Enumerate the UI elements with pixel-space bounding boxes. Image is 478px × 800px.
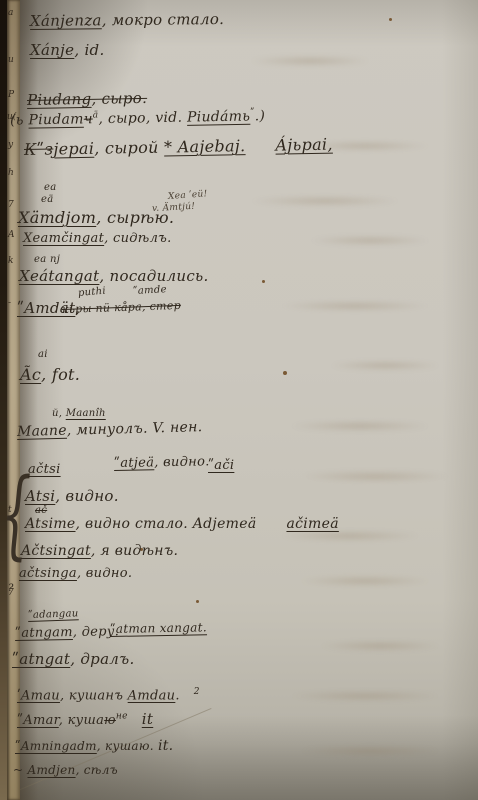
entry-line: ʺAmningadm, кушаю. it. [15,738,173,754]
manuscript-photo: a u P u( y h 7 A k - t 7 Xánjenza, мокро… [0,0,478,800]
gloss: , кушанъ [60,688,128,703]
superscript-correction: й, Maanîh [52,408,106,419]
headword: ʺatngam [15,625,73,641]
headword-variant: ʺatjeä [114,455,154,471]
struck-letter: ч [84,111,93,127]
bracket-prefix: (ь [10,112,29,128]
headword-variant: ʺatman xangat. [110,620,207,636]
entry-line: Кʺзjepai, сырой * Aajebaj.Ájьpai, [24,135,333,159]
gloss: , минуолъ. V. нен. [67,419,203,439]
superscript-correction: puthi [78,286,107,299]
headword-variant: Amdau [128,688,176,703]
foxing-speck [283,371,287,375]
entry-line: Piudang, сыро. [27,89,147,109]
entry-line: Xánje, id. [30,41,105,59]
foxing-speck [196,600,199,603]
headword-variant: ʺadangau [28,608,79,621]
gutter-fragment: u [8,55,14,65]
headword-variant: Maanîh [66,408,106,419]
superscript-correction: eä [41,194,53,205]
struck-prefix: Кʺз [24,139,54,159]
struck-gloss: кьры пü кåра, стер [62,299,181,316]
marginal-number: 2 [194,687,200,697]
gutter-fragment: a [8,8,13,18]
headword: ʺAmningadm [15,739,97,753]
gutter-fragment: P [8,90,14,100]
headword-variant: Ájьpai, [275,135,333,155]
headword-variant: ʺači [208,458,234,473]
marginal-question-mark: ? [8,583,14,594]
ink-bleedthrough [290,690,440,702]
entry-line: Ãc, fot. [20,365,80,384]
gloss: , куша [59,713,104,728]
headword: ʹAmau [17,688,60,703]
headword: Xánje [30,41,74,59]
gloss: , сидѣлъ. [104,231,171,246]
headword: Xeátangat [19,267,99,285]
foxing-speck [389,18,392,21]
interline-correction: ʺači [208,458,234,473]
gloss: , кушаю. [97,739,158,753]
marginal-note: Xea ʹeü! [168,189,208,202]
superscript-correction: ʺamde [133,284,167,297]
headword: jepai [53,139,94,159]
headword-variant: Piudámь [187,108,251,125]
struck-superscript: ač [35,505,47,516]
book-gutter [0,0,7,800]
gloss: , дралъ. [70,650,134,668]
entry-line: ʺatngat, дралъ. [12,650,135,668]
headword: Ãc [20,365,41,384]
ditto-mark: it. [158,738,173,754]
ink-bleedthrough [290,420,430,432]
ink-bleedthrough [300,745,440,757]
entry-line: ačtsinga, видно. [19,566,132,581]
gloss: , мокро стало. [102,10,225,29]
superscript-correction: не [116,712,128,722]
entry-line: Atsime, видно стало. Adjemeäačimeä [25,516,339,532]
gutter-fragment: y [8,140,13,150]
interline-correction: ʺatman xangat. [110,620,207,636]
entry-line: Atsi, видно. [25,487,119,505]
cross-reference: * Aajebaj. [164,136,246,156]
superscript-letter: й, [52,408,62,419]
marginal-note: v. Ämtjú! [152,202,196,214]
entry-line: Maane, минуолъ. V. нен. [17,419,203,440]
entry-line: ~ Amdjen, сѣлъ [13,763,118,777]
superscript-correction: ea nj [34,254,60,265]
interline-correction: ʺatjeä, видно. [114,454,210,471]
headword: Xeamčingat [23,231,104,246]
gutter-fragment: h [8,168,14,178]
headword: Maane [17,423,67,440]
punctuation: . [175,688,179,703]
entry-line: Xämdjom, сырѣю. [18,208,174,227]
headword: Amdjen [27,763,75,777]
gloss: , видно. [154,454,210,470]
headword: ʺAmar [17,713,59,728]
entry-line: Ačtsingat, я видѣнъ. [21,543,178,559]
tilde-prefix: ~ [13,763,27,777]
entry-line: ʺAmar, кушаюнеit [17,710,153,728]
headword: ačtsinga [19,566,77,581]
headword: ʺatngat [12,650,70,668]
gloss: , сыро, vid. [98,110,187,128]
gloss: , сѣлъ [76,763,118,777]
entry-line: (ь Piudamчä, сыро, vid. Piudámьʺ.) [10,108,265,129]
gutter-fragment: 7 [8,200,14,210]
ink-bleedthrough [300,470,450,483]
gloss: , сырой [94,138,164,158]
gloss: , видно стало. Adjemeä [76,516,257,532]
entry-line: Xánjenza, мокро стало. [30,10,224,30]
headword: Xánjenza [30,11,102,30]
bracket-suffix: .) [255,108,266,124]
entry-line: ʹAmau, кушанъ Amdau.2 [17,687,200,703]
ink-bleedthrough [310,235,430,246]
headword: Atsi [25,487,55,505]
entry-line: ʺatngam, деру. [15,624,119,641]
superscript-correction: ea [44,182,56,193]
entry-line: Xeátangat, посадились. [19,267,209,285]
gloss-struck: , сыро. [91,89,147,108]
ditto-mark: it [142,710,153,728]
ink-bleedthrough [330,360,440,371]
gloss: , id. [74,41,104,59]
superscript-correction: ʺadangau [28,608,79,621]
ink-bleedthrough [250,55,370,67]
headword: ačtsi [28,462,61,477]
gloss: , посадились. [99,267,208,285]
headword-variant: ačimeä [286,516,338,532]
gutter-fragment: k [8,256,13,266]
gloss: , видно. [77,566,132,581]
entry-line: Xeamčingat, сидѣлъ. [23,231,172,246]
headword: Piudam [28,111,84,128]
ink-bleedthrough [250,195,400,207]
gloss: , я видѣнъ. [91,543,178,559]
foxing-speck [262,280,265,283]
headword: Atsime [25,516,76,532]
gutter-fragment: A [8,230,15,240]
superscript-correction: ai [38,349,48,360]
ink-bleedthrough [300,575,430,587]
ink-bleedthrough [320,640,440,652]
headword: Xämdjom [18,208,96,227]
struck-letter: ю [104,713,116,728]
entry-line: ačtsi [28,462,61,477]
headword-struck: Piudang [27,90,92,109]
gutter-fragment: - [8,298,11,308]
headword: Ačtsingat [21,543,91,559]
gloss: , fot. [41,365,80,384]
gloss: , видно. [55,487,119,505]
ink-bleedthrough [280,300,430,312]
